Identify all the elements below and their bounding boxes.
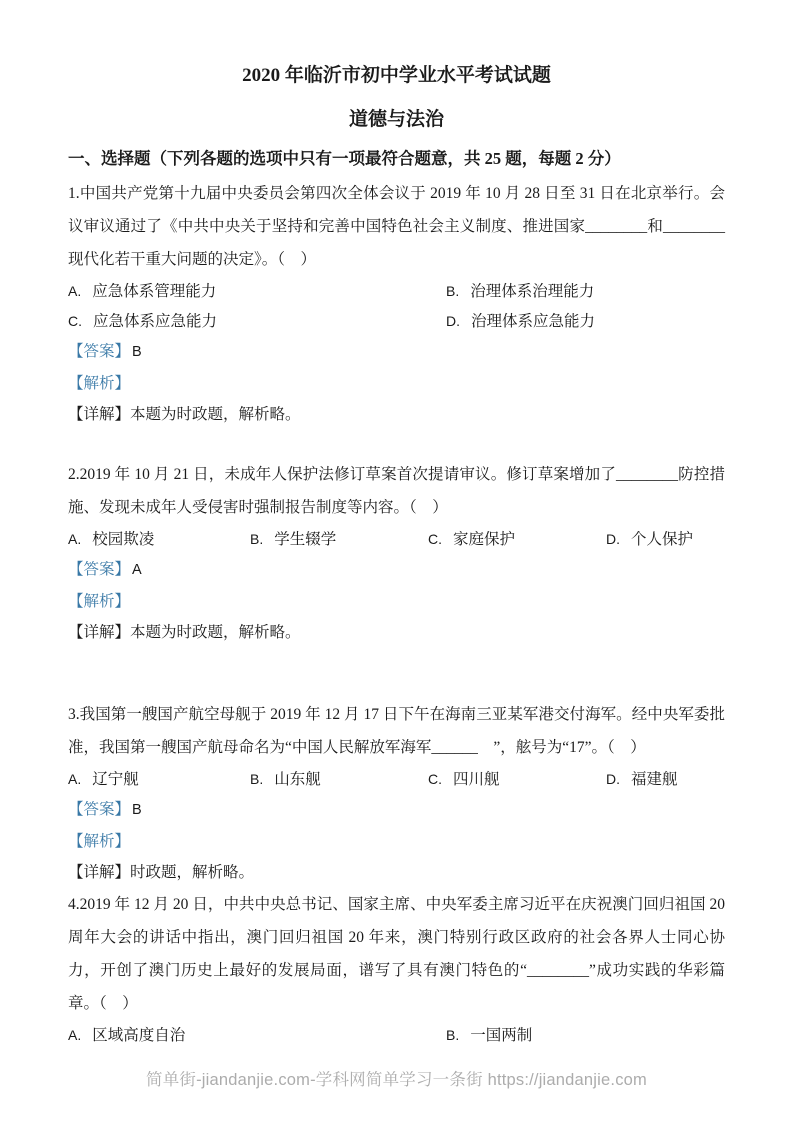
options-grid: A.区域高度自治B.一国两制 xyxy=(68,1020,725,1050)
option-letter: A. xyxy=(68,531,81,547)
option-letter: B. xyxy=(446,283,459,299)
options-grid: A.辽宁舰B.山东舰C.四川舰D.福建舰 xyxy=(68,764,725,794)
questions-list: 1.中国共产党第十九届中央委员会第四次全体会议于 2019 年 10 月 28 … xyxy=(68,177,725,1050)
option-letter: A. xyxy=(68,771,81,787)
answer-value: B xyxy=(132,344,142,360)
option-letter: B. xyxy=(250,771,263,787)
question-3-option-D: D.福建舰 xyxy=(606,764,678,795)
question-stem: 1.中国共产党第十九届中央委员会第四次全体会议于 2019 年 10 月 28 … xyxy=(68,177,725,276)
option-text: 个人保护 xyxy=(631,531,693,548)
option-letter: C. xyxy=(428,771,442,787)
answer-value: B xyxy=(132,802,142,818)
question-1-option-D: D.治理体系应急能力 xyxy=(446,306,595,337)
question-1: 1.中国共产党第十九届中央委员会第四次全体会议于 2019 年 10 月 28 … xyxy=(68,177,725,430)
question-stem: 3.我国第一艘国产航空母舰于 2019 年 12 月 17 日下午在海南三亚某军… xyxy=(68,698,725,764)
answer-line: 【答案】B xyxy=(68,794,725,826)
detail-text: 时政题，解析略。 xyxy=(130,864,254,881)
answer-line: 【答案】B xyxy=(68,336,725,368)
section-heading: 一、选择题（下列各题的选项中只有一项最符合题意，共 25 题，每题 2 分） xyxy=(68,148,725,169)
option-text: 区域高度自治 xyxy=(92,1027,185,1044)
question-1-option-B: B.治理体系治理能力 xyxy=(446,276,594,307)
answer-value: A xyxy=(132,562,142,578)
option-text: 四川舰 xyxy=(453,771,500,788)
question-stem: 4.2019 年 12 月 20 日，中共中央总书记、国家主席、中央军委主席习近… xyxy=(68,888,725,1020)
option-text: 家庭保护 xyxy=(453,531,515,548)
answer-line: 【答案】A xyxy=(68,554,725,586)
option-letter: A. xyxy=(68,1027,81,1043)
question-3: 3.我国第一艘国产航空母舰于 2019 年 12 月 17 日下午在海南三亚某军… xyxy=(68,698,725,888)
question-3-option-A: A.辽宁舰 xyxy=(68,764,139,795)
question-2-option-C: C.家庭保护 xyxy=(428,524,515,555)
analysis-label: 【解析】 xyxy=(68,368,725,399)
option-text: 应急体系管理能力 xyxy=(92,283,216,300)
option-text: 治理体系治理能力 xyxy=(470,283,594,300)
exam-subject: 道德与法治 xyxy=(68,108,725,131)
option-letter: D. xyxy=(446,313,460,329)
question-1-option-C: C.应急体系应急能力 xyxy=(68,306,217,337)
answer-label: 【答案】 xyxy=(68,561,130,578)
option-text: 山东舰 xyxy=(274,771,321,788)
detail-line: 【详解】本题为时政题，解析略。 xyxy=(68,399,725,430)
analysis-label: 【解析】 xyxy=(68,826,725,857)
option-letter: A. xyxy=(68,283,81,299)
question-3-option-C: C.四川舰 xyxy=(428,764,500,795)
option-letter: D. xyxy=(606,531,620,547)
detail-text: 本题为时政题，解析略。 xyxy=(130,624,301,641)
option-text: 一国两制 xyxy=(470,1027,532,1044)
footer-watermark: 简单街-jiandanjie.com-学科网简单学习一条街 https://ji… xyxy=(0,1066,793,1090)
analysis-label: 【解析】 xyxy=(68,586,725,617)
option-text: 治理体系应急能力 xyxy=(471,313,595,330)
options-grid: A.应急体系管理能力B.治理体系治理能力C.应急体系应急能力D.治理体系应急能力 xyxy=(68,276,725,336)
question-2-option-B: B.学生辍学 xyxy=(250,524,336,555)
option-letter: B. xyxy=(250,531,263,547)
detail-label: 【详解】 xyxy=(68,406,130,423)
question-2-option-A: A.校园欺凌 xyxy=(68,524,154,555)
answer-label: 【答案】 xyxy=(68,343,130,360)
exam-title: 2020 年临沂市初中学业水平考试试题 xyxy=(68,64,725,87)
option-text: 学生辍学 xyxy=(274,531,336,548)
option-text: 福建舰 xyxy=(631,771,678,788)
question-4: 4.2019 年 12 月 20 日，中共中央总书记、国家主席、中央军委主席习近… xyxy=(68,888,725,1050)
question-4-option-A: A.区域高度自治 xyxy=(68,1020,185,1051)
option-letter: D. xyxy=(606,771,620,787)
question-2: 2.2019 年 10 月 21 日，未成年人保护法修订草案首次提请审议。修订草… xyxy=(68,458,725,648)
question-1-option-A: A.应急体系管理能力 xyxy=(68,276,216,307)
detail-label: 【详解】 xyxy=(68,864,130,881)
option-letter: C. xyxy=(68,313,82,329)
question-2-option-D: D.个人保护 xyxy=(606,524,693,555)
option-letter: C. xyxy=(428,531,442,547)
options-grid: A.校园欺凌B.学生辍学C.家庭保护D.个人保护 xyxy=(68,524,725,554)
option-text: 辽宁舰 xyxy=(92,771,139,788)
option-text: 应急体系应急能力 xyxy=(93,313,217,330)
option-letter: B. xyxy=(446,1027,459,1043)
detail-text: 本题为时政题，解析略。 xyxy=(130,406,301,423)
detail-line: 【详解】时政题，解析略。 xyxy=(68,857,725,888)
question-4-option-B: B.一国两制 xyxy=(446,1020,532,1051)
option-text: 校园欺凌 xyxy=(92,531,154,548)
question-stem: 2.2019 年 10 月 21 日，未成年人保护法修订草案首次提请审议。修订草… xyxy=(68,458,725,524)
detail-line: 【详解】本题为时政题，解析略。 xyxy=(68,617,725,648)
detail-label: 【详解】 xyxy=(68,624,130,641)
answer-label: 【答案】 xyxy=(68,801,130,818)
question-3-option-B: B.山东舰 xyxy=(250,764,321,795)
exam-page: 2020 年临沂市初中学业水平考试试题 道德与法治 一、选择题（下列各题的选项中… xyxy=(0,0,793,1122)
